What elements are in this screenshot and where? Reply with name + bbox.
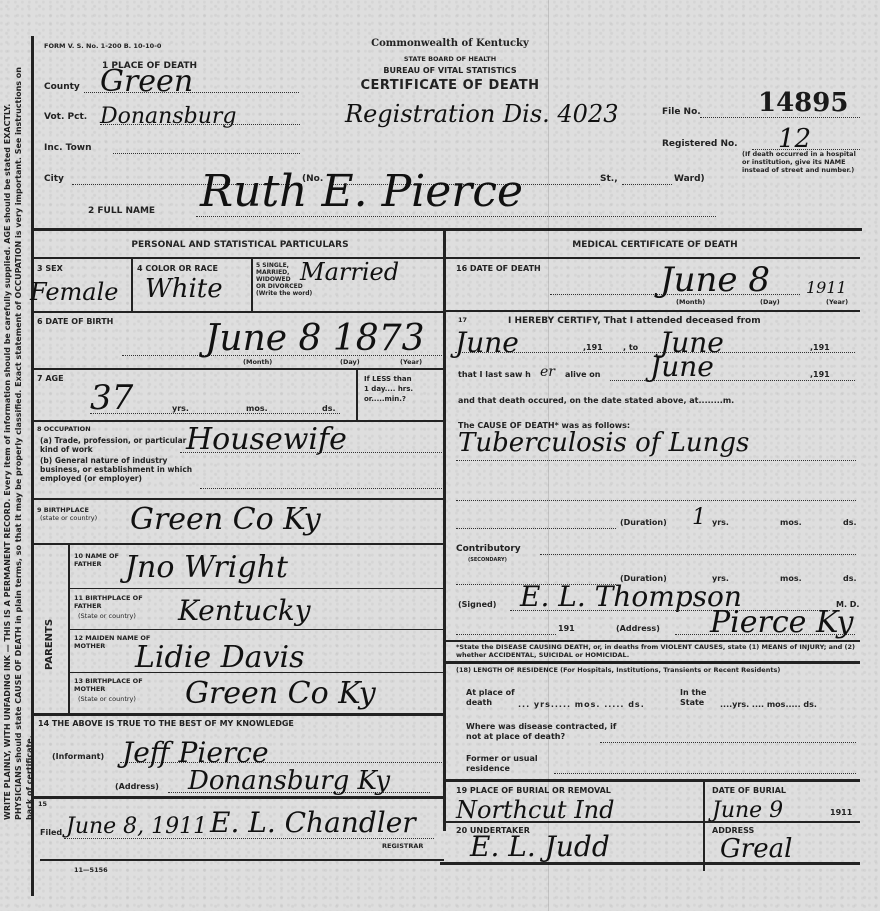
age-mos-label: mos. bbox=[246, 404, 268, 413]
where-contracted-label: Where was disease contracted, if not at … bbox=[466, 722, 626, 742]
filed-num: 15 bbox=[38, 800, 47, 808]
rule bbox=[70, 672, 443, 673]
undertaker-value: E. L. Judd bbox=[470, 830, 610, 863]
certify-text: I HEREBY CERTIFY, That I attended deceas… bbox=[508, 316, 761, 326]
duration-line bbox=[456, 528, 616, 529]
rule bbox=[131, 259, 133, 311]
marital-value: Married bbox=[300, 258, 399, 286]
dob-label: 6 DATE OF BIRTH bbox=[37, 317, 113, 326]
mother-birthplace-label: 13 BIRTHPLACE OF MOTHER bbox=[74, 677, 164, 693]
contributory-label: Contributory bbox=[456, 544, 521, 554]
registered-no-label: Registered No. bbox=[662, 139, 738, 149]
informant-value: Jeff Pierce bbox=[122, 736, 269, 769]
dod-year: 1911 bbox=[806, 278, 847, 297]
rule bbox=[34, 796, 443, 799]
occupation-a-label: (a) Trade, profession, or particular kin… bbox=[40, 436, 190, 454]
informant-label: (Informant) bbox=[52, 752, 104, 761]
less-than-line: If LESS than bbox=[364, 374, 413, 384]
column-divider bbox=[443, 231, 446, 831]
in-state-label: In the State bbox=[680, 688, 720, 708]
signed-label: (Signed) bbox=[458, 600, 496, 609]
last-saw-value: June bbox=[650, 350, 714, 383]
rule bbox=[34, 311, 443, 313]
dod-label: 16 DATE OF DEATH bbox=[456, 264, 541, 273]
filed-value: June 8, 1911 bbox=[66, 814, 207, 839]
ward-label: Ward) bbox=[674, 174, 705, 184]
dod-value: June 8 bbox=[660, 260, 770, 300]
occupation-label: 8 OCCUPATION bbox=[37, 425, 91, 433]
age-label: 7 AGE bbox=[37, 374, 64, 383]
age-line bbox=[90, 413, 340, 414]
less-than-line: 1 day.... hrs. bbox=[364, 384, 413, 394]
physician-signature: E. L. Thompson bbox=[520, 580, 742, 613]
father-birthplace-label: 11 BIRTHPLACE OF FATHER bbox=[74, 594, 164, 610]
mother-birthplace-sub: (State or country) bbox=[78, 695, 136, 703]
commonwealth-title: Commonwealth of Kentucky bbox=[340, 38, 560, 49]
industry-line bbox=[200, 488, 442, 489]
registration-district-note: Registration Dis. 4023 bbox=[345, 100, 618, 128]
sex-value: Female bbox=[30, 278, 119, 306]
bureau-title: BUREAU OF VITAL STATISTICS bbox=[340, 66, 560, 75]
certificate-title: CERTIFICATE OF DEATH bbox=[320, 78, 580, 93]
marital-label-line: (Write the word) bbox=[256, 290, 312, 297]
cause-line bbox=[456, 460, 856, 461]
duration-yrs-label: yrs. bbox=[712, 518, 729, 527]
where-contracted-line bbox=[600, 742, 856, 743]
father-birthplace-sub: (State or country) bbox=[78, 612, 136, 620]
birthplace-sub-label: (state or country) bbox=[40, 514, 97, 522]
form-code: FORM V. S. No. 1-200 B. 10-10-0 bbox=[44, 42, 161, 50]
rule bbox=[70, 588, 443, 589]
burial-date-label: DATE OF BURIAL bbox=[712, 786, 786, 795]
inc-town-label: Inc. Town bbox=[44, 143, 92, 153]
burial-place-value: Northcut Ind bbox=[456, 796, 615, 824]
registered-no-value: 12 bbox=[778, 124, 811, 154]
physician-address-value: Pierce Ky bbox=[710, 605, 853, 640]
vot-pct-value: Donansburg bbox=[100, 104, 236, 129]
race-value: White bbox=[145, 274, 223, 304]
dob-value: June 8 1873 bbox=[205, 318, 425, 359]
burial-date-value: June 9 bbox=[712, 798, 783, 823]
at-place-label: At place of death bbox=[466, 688, 516, 708]
burial-place-label: 19 PLACE OF BURIAL OR REMOVAL bbox=[456, 786, 611, 795]
sex-label: 3 SEX bbox=[37, 264, 63, 273]
dod-year-label: (Year) bbox=[826, 298, 848, 306]
attended-from-year-prefix: ,191 bbox=[583, 343, 603, 352]
father-name-value: Jno Wright bbox=[125, 550, 288, 585]
rule bbox=[446, 310, 860, 312]
duration-ds-label: ds. bbox=[843, 518, 857, 527]
contributory-ds-label: ds. bbox=[843, 574, 857, 583]
secondary-label: (SECONDARY) bbox=[468, 557, 507, 563]
residence-label: (18) LENGTH OF RESIDENCE (For Hospitals,… bbox=[456, 666, 858, 674]
rule bbox=[34, 713, 443, 716]
attended-from-value: June bbox=[455, 326, 519, 359]
rule bbox=[40, 859, 444, 861]
city-label: City bbox=[44, 174, 64, 184]
age-yrs-label: yrs. bbox=[172, 404, 189, 413]
vot-pct-label: Vot. Pct. bbox=[44, 112, 87, 122]
rule bbox=[34, 543, 443, 545]
duration-mos-label: mos. bbox=[780, 518, 802, 527]
burial-date-year: 1911 bbox=[830, 808, 852, 817]
last-saw-line bbox=[610, 380, 855, 381]
attended-to-year-prefix: ,191 bbox=[810, 343, 830, 352]
age-ds-label: ds. bbox=[322, 404, 336, 413]
occupation-b-label: (b) General nature of industry business,… bbox=[40, 456, 200, 483]
contributory-line bbox=[540, 554, 856, 555]
rule bbox=[251, 259, 253, 311]
board-title: STATE BOARD OF HEALTH bbox=[340, 55, 560, 63]
race-label: 4 COLOR OR RACE bbox=[137, 264, 218, 273]
less-than-line: or.....min.? bbox=[364, 394, 413, 404]
last-saw-text: that I last saw h bbox=[458, 370, 531, 379]
father-birthplace-value: Kentucky bbox=[178, 594, 311, 627]
filed-label: Filed bbox=[40, 828, 62, 837]
undertaker-address-value: Greal bbox=[720, 834, 792, 864]
rule bbox=[446, 661, 860, 664]
informant-address-value: Donansburg Ky bbox=[188, 766, 390, 796]
at-place-units: ... yrs..... mos. ..... ds. bbox=[518, 700, 645, 709]
cause-line-2 bbox=[456, 500, 856, 501]
dob-day-label: (Day) bbox=[340, 358, 360, 366]
registrar-signature: E. L. Chandler bbox=[210, 806, 416, 839]
personal-header: PERSONAL AND STATISTICAL PARTICULARS bbox=[40, 240, 440, 250]
registrar-label: REGISTRAR bbox=[382, 842, 423, 850]
contributory-mos-label: mos. bbox=[780, 574, 802, 583]
header-divider bbox=[32, 228, 862, 231]
in-state-units: ....yrs. .... mos..... ds. bbox=[720, 700, 817, 709]
rule bbox=[34, 498, 443, 500]
former-residence-label: Former or usual residence bbox=[466, 754, 546, 774]
occurred-text: and that death occured, on the date stat… bbox=[458, 396, 734, 405]
death-certificate: WRITE PLAINLY, WITH UNFADING INK — THIS … bbox=[0, 0, 880, 911]
birthplace-label: 9 BIRTHPLACE bbox=[37, 506, 89, 514]
rule bbox=[446, 821, 860, 823]
ward-line bbox=[622, 184, 672, 185]
rule bbox=[34, 368, 443, 370]
county-value: Green bbox=[100, 64, 193, 99]
signed-date-line bbox=[456, 634, 556, 635]
cause-value: Tuberculosis of Lungs bbox=[458, 428, 749, 458]
physician-address-label: (Address) bbox=[616, 624, 660, 633]
rule bbox=[440, 862, 860, 865]
dob-year-label: (Year) bbox=[400, 358, 422, 366]
margin-instructions: WRITE PLAINLY, WITH UNFADING INK — THIS … bbox=[2, 60, 24, 820]
duration-value: 1 bbox=[692, 505, 706, 530]
to-label: , to bbox=[623, 343, 638, 352]
last-saw-year-prefix: ,191 bbox=[810, 370, 830, 379]
parents-side-label: PARENTS bbox=[44, 590, 55, 670]
informant-address-label: (Address) bbox=[115, 782, 159, 791]
dod-day-label: (Day) bbox=[760, 298, 780, 306]
birthplace-value: Green Co Ky bbox=[130, 502, 321, 537]
occupation-line bbox=[180, 452, 442, 453]
less-than-day: If LESS than 1 day.... hrs. or.....min.? bbox=[364, 374, 413, 404]
frame-left-border bbox=[31, 36, 34, 896]
age-value: 37 bbox=[90, 378, 133, 418]
fold-crease bbox=[548, 0, 549, 911]
former-residence-line bbox=[554, 773, 856, 774]
mother-birthplace-value: Green Co Ky bbox=[185, 676, 376, 711]
duration-label: (Duration) bbox=[620, 518, 667, 527]
informant-statement: 14 THE ABOVE IS TRUE TO THE BEST OF MY K… bbox=[38, 719, 294, 728]
county-label: County bbox=[44, 82, 80, 92]
file-no-value: 14895 bbox=[758, 88, 848, 118]
rule bbox=[446, 640, 860, 642]
rule bbox=[356, 370, 358, 420]
rule bbox=[446, 257, 860, 259]
street-label: St., bbox=[600, 174, 618, 184]
signed-date-prefix: 191 bbox=[558, 624, 575, 633]
inc-town-line bbox=[113, 153, 300, 154]
file-no-label: File No. bbox=[662, 107, 701, 117]
full-name-value: Ruth E. Pierce bbox=[200, 166, 523, 217]
certify-num: 17 bbox=[458, 316, 467, 324]
alive-on-text: alive on bbox=[565, 370, 601, 379]
medical-header: MEDICAL CERTIFICATE OF DEATH bbox=[450, 240, 860, 250]
dod-month-label: (Month) bbox=[676, 298, 705, 306]
form-footer-code: 11—5156 bbox=[74, 866, 108, 874]
rule bbox=[703, 781, 705, 871]
cause-footnote: *State the DISEASE CAUSING DEATH, or, in… bbox=[456, 643, 858, 659]
dob-month-label: (Month) bbox=[243, 358, 272, 366]
rule bbox=[70, 629, 443, 630]
rule bbox=[446, 779, 860, 782]
full-name-label: 2 FULL NAME bbox=[88, 206, 155, 216]
mother-maiden-value: Lidie Davis bbox=[135, 640, 304, 675]
